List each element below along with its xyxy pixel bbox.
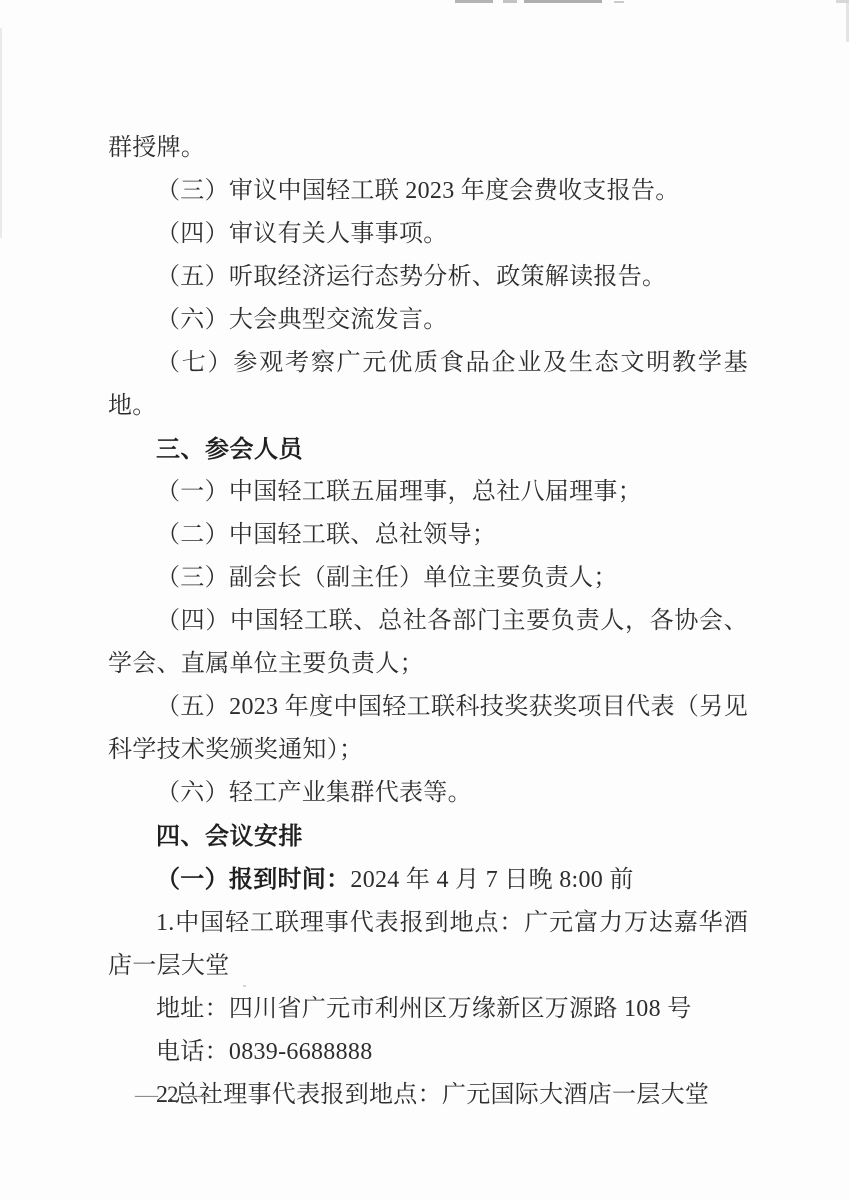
attendee-item-6: （六）轻工产业集群代表等。 (108, 772, 748, 815)
checkin-time-value: 2024 年 4 月 7 日晚 8:00 前 (350, 867, 633, 893)
scan-artifact (524, 0, 602, 3)
page-number: —2— (126, 1080, 220, 1110)
checkin-time-line: （一）报到时间：2024 年 4 月 7 日晚 8:00 前 (108, 858, 748, 902)
scan-artifact (455, 0, 493, 3)
attendee-item-1: （一）中国轻工联五届理事，总社八届理事； (108, 471, 748, 514)
attendee-item-4: （四）中国轻工联、总社各部门主要负责人，各协会、学会、直属单位主要负责人； (108, 600, 748, 686)
scan-artifact (0, 28, 2, 238)
attendee-item-5: （五）2023 年度中国轻工联科技奖获奖项目代表（另见科学技术奖颁奖通知）； (108, 686, 748, 772)
checkin-location-1: 1.中国轻工联理事代表报到地点：广元富力万达嘉华酒店一层大堂 (108, 902, 748, 988)
address-line: 地址：四川省广元市利州区万缘新区万源路 108 号 (108, 988, 748, 1031)
checkin-time-label: （一）报到时间： (156, 866, 350, 893)
page-number-value: 2 (167, 1082, 179, 1107)
page-number-right-dash: — (179, 1082, 220, 1107)
agenda-item-6: （六）大会典型交流发言。 (108, 299, 748, 342)
scan-artifact (614, 1, 624, 3)
document-page: 群授牌。 （三）审议中国轻工联 2023 年度会费收支报告。 （四）审议有关人事… (0, 0, 849, 1200)
section-heading-arrangements: 四、会议安排 (108, 815, 748, 858)
agenda-item-3: （三）审议中国轻工联 2023 年度会费收支报告。 (108, 170, 748, 213)
attendee-item-2: （二）中国轻工联、总社领导； (108, 514, 748, 557)
scan-artifact (503, 0, 517, 3)
page-number-left-dash: — (126, 1082, 167, 1107)
agenda-item-7: （七）参观考察广元优质食品企业及生态文明教学基地。 (108, 342, 748, 428)
agenda-item-5: （五）听取经济运行态势分析、政策解读报告。 (108, 256, 748, 299)
document-body: 群授牌。 （三）审议中国轻工联 2023 年度会费收支报告。 （四）审议有关人事… (108, 127, 748, 1117)
phone-line: 电话：0839-6688888 (108, 1031, 748, 1074)
attendee-item-3: （三）副会长（副主任）单位主要负责人； (108, 557, 748, 600)
agenda-item-4: （四）审议有关人事事项。 (108, 213, 748, 256)
section-heading-attendees: 三、参会人员 (108, 428, 748, 471)
scan-artifact (836, 0, 849, 3)
paragraph-continuation: 群授牌。 (108, 127, 748, 170)
